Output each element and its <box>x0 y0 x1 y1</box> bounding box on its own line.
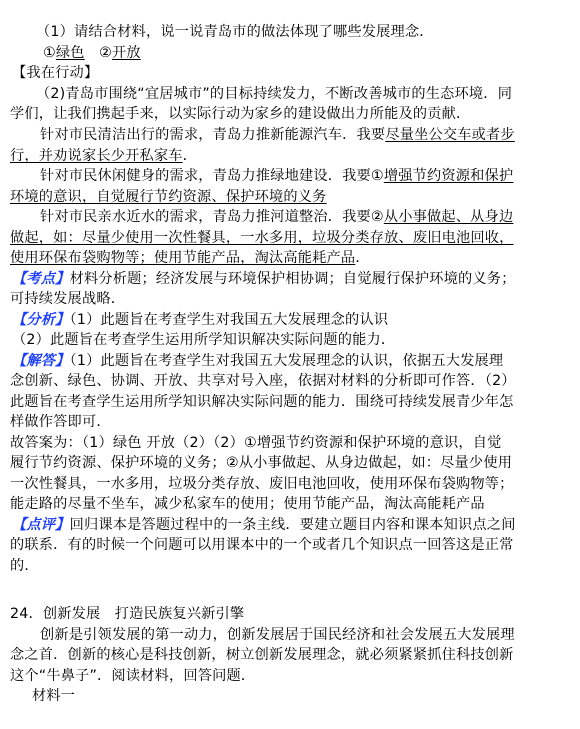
punctuation: ． <box>355 250 369 266</box>
jieda-line: 一次性餐具，一水多用，垃圾分类存放、废旧电池回收，使用环保布袋购物等； <box>10 474 514 494</box>
question-24-line: 念之首．创新的核心是科技创新，树立创新发展理念，就必须紧紧抓住科技创新 <box>10 645 514 665</box>
paragraph-text: 针对市民休闲健身的需求，青岛力推绿地建设．我要① <box>40 168 384 184</box>
material-label: 材料一 <box>32 686 75 706</box>
kaodian-label: 【考点】 <box>12 271 70 287</box>
paragraph-text: 针对市民亲水近水的需求，青岛力推河道整治．我要② <box>40 209 384 225</box>
jieda-line: 念创新、绿色、协调、开放、共享对号入座，依据对材料的分析即可作答．（2） <box>10 371 516 391</box>
question-1-prompt: （1）请结合材料，说一说青岛市的做法体现了哪些发展理念． <box>36 22 434 42</box>
underlined-answer: 环境的意识，自觉履行节约资源、保护环境的义务 <box>10 189 327 205</box>
underlined-answer: 从小事做起、从身边 <box>384 209 514 225</box>
question-2-line: （2)青岛市围绕“宜居城市”的目标持续发力，不断改善城市的生态环境．同 <box>36 84 512 104</box>
underlined-answer: 增强节约资源和保护 <box>384 168 514 184</box>
jieda-line: 能走路的尽量不坐车，减少私家车的使用；使用节能产品，淘汰高能耗产品 <box>10 494 485 514</box>
jieda-text: （1）此题旨在考查学生对我国五大发展理念的认识，依据五大发展理 <box>70 353 504 369</box>
jieda-line: 【解答】（1）此题旨在考查学生对我国五大发展理念的认识，依据五大发展理 <box>12 351 503 371</box>
jieda-line: 故答案为：（1）绿色 开放（2）（2）①增强节约资源和保护环境的意识，自觉 <box>10 433 502 453</box>
answer-number-2: ② <box>99 45 112 61</box>
fenxi-text: （1）此题旨在考查学生对我国五大发展理念的认识 <box>70 312 389 328</box>
punctuation: ． <box>183 148 197 164</box>
dianping-line: 【点评】回归课本是答题过程中的一条主线．要建立题目内容和课本知识点之间 <box>12 515 516 535</box>
underlined-answer: 使用环保布袋购物等；使用节能产品，淘汰高能耗产品 <box>10 250 355 266</box>
kaodian-line: 可持续发展战略． <box>10 289 125 309</box>
jieda-label: 【解答】 <box>12 353 70 369</box>
dianping-label: 【点评】 <box>12 517 70 533</box>
answer-number-1: ① <box>43 45 56 61</box>
paragraph-river-cont: 做起，如：尽量少使用一次性餐具，一水多用，垃圾分类存放、废旧电池回收， <box>10 228 514 248</box>
question-24-title: 24．创新发展 打造民族复兴新引擎 <box>10 604 244 624</box>
kaodian-line: 【考点】材料分析题；经济发展与环境保护相协调；自觉履行保护环境的义务； <box>12 269 516 289</box>
kaodian-text: 材料分析题；经济发展与环境保护相协调；自觉履行保护环境的义务； <box>70 271 516 287</box>
fenxi-line: 【分析】（1）此题旨在考查学生对我国五大发展理念的认识 <box>12 310 388 330</box>
answer-green: 绿色 <box>56 45 85 61</box>
paragraph-clean-travel-cont: 行，并劝说家长少开私家车． <box>10 146 197 166</box>
dianping-line: 的． <box>10 556 39 576</box>
paragraph-clean-travel: 针对市民清洁出行的需求，青岛力推新能源汽车．我要尽量坐公交车或者步 <box>40 125 515 145</box>
question-2-line: 学们，让我们携起手来，以实际行动为家乡的建设做出力所能及的贡献． <box>10 104 470 124</box>
paragraph-text: 针对市民清洁出行的需求，青岛力推新能源汽车．我要 <box>40 127 385 143</box>
question-24-line: 创新是引领发展的第一动力，创新发展居于国民经济和社会发展五大发展理 <box>40 625 515 645</box>
dianping-line: 的联系．有的时候一个问题可以用课本中的一个或者几个知识点一回答这是正常 <box>10 535 514 555</box>
paragraph-river: 针对市民亲水近水的需求，青岛力推河道整治．我要②从小事做起、从身边 <box>40 207 513 227</box>
paragraph-green-space: 针对市民休闲健身的需求，青岛力推绿地建设．我要①增强节约资源和保护 <box>40 166 513 186</box>
question-24-line: 这个“牛鼻子”．阅读材料，回答问题． <box>10 666 255 686</box>
section-heading: 【我在行动】 <box>12 63 98 83</box>
jieda-line: 履行节约资源、保护环境的义务；②从小事做起、从身边做起，如：尽量少使用 <box>10 453 512 473</box>
question-1-answer: ①绿色 ②开放 <box>43 43 141 63</box>
underlined-answer: 做起，如：尽量少使用一次性餐具，一水多用，垃圾分类存放、废旧电池回收， <box>10 230 514 246</box>
fenxi-label: 【分析】 <box>12 312 70 328</box>
underlined-answer: 行，并劝说家长少开私家车 <box>10 148 183 164</box>
dianping-text: 回归课本是答题过程中的一条主线．要建立题目内容和课本知识点之间 <box>70 517 516 533</box>
answer-open: 开放 <box>112 45 141 61</box>
jieda-line: 此题旨在考查学生运用所学知识解决实际问题的能力．围绕可持续发展青少年怎 <box>10 392 514 412</box>
jieda-line: 样做作答即可． <box>10 412 111 432</box>
paragraph-green-space-cont: 环境的意识，自觉履行节约资源、保护环境的义务 <box>10 187 327 207</box>
fenxi-line: （2）此题旨在考查学生运用所学知识解决实际问题的能力． <box>12 330 395 350</box>
underlined-answer: 尽量坐公交车或者步 <box>385 127 515 143</box>
paragraph-river-cont: 使用环保布袋购物等；使用节能产品，淘汰高能耗产品． <box>10 248 370 268</box>
